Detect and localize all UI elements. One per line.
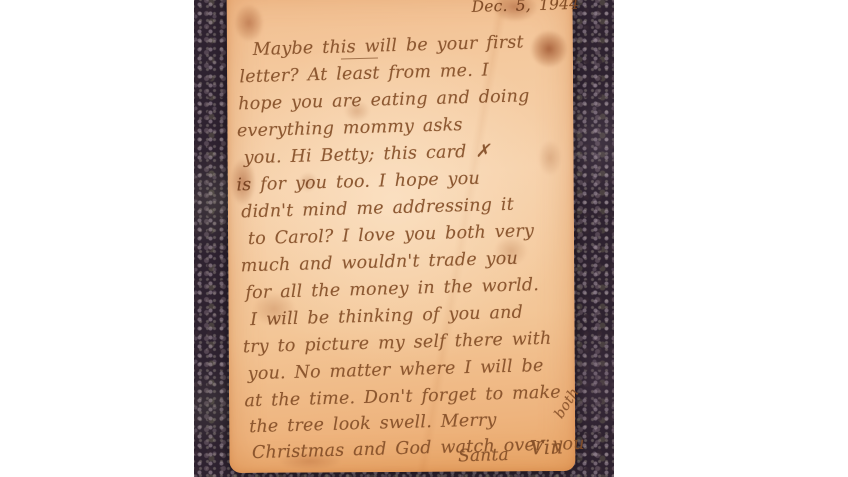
letter-line: I will be thinking of you and	[250, 303, 523, 331]
letter-date: Dec. 5, 1944	[471, 0, 579, 16]
letter-line: is for you too. I hope you	[236, 169, 480, 196]
granite-countertop-photo: Dec. 5, 1944 Maybe this will be your fir…	[194, 0, 614, 477]
signature-santa: Santa	[458, 445, 509, 466]
letter-line: to Carol? I love you both very	[248, 221, 535, 249]
letter-line: Maybe this will be your first	[252, 32, 524, 60]
page-canvas: Dec. 5, 1944 Maybe this will be your fir…	[0, 0, 848, 477]
letter-line: for all the money in the world.	[245, 275, 539, 303]
letter-line: much and wouldn't trade you	[240, 249, 518, 277]
letter-line: you. No matter where I will be	[247, 356, 543, 384]
letter-line: at the time. Don't forget to make	[244, 382, 561, 411]
letter-line: letter? At least from me. I	[239, 60, 489, 87]
letter-line: you. Hi Betty; this card ✗	[243, 141, 490, 168]
letter-line: everything mommy asks	[237, 115, 463, 141]
letter-line: try to picture my self there with	[243, 329, 552, 358]
letter-line: didn't mind me addressing it	[241, 195, 514, 223]
handwritten-text-layer: Dec. 5, 1944 Maybe this will be your fir…	[194, 0, 614, 477]
signature-vin: Vin	[530, 435, 564, 459]
letter-line: hope you are eating and doing	[238, 86, 530, 114]
letter-line: the tree look swell. Merry	[249, 410, 497, 437]
